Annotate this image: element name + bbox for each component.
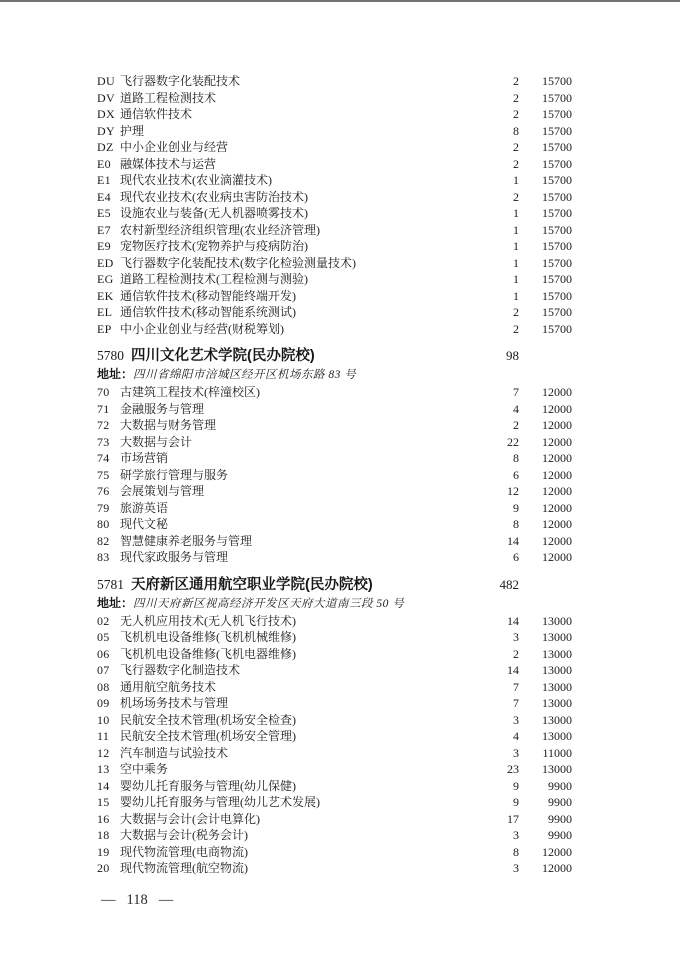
plan-count: 2	[473, 90, 519, 107]
major-code: 82	[97, 533, 120, 550]
major-name: 现代家政服务与管理	[120, 549, 473, 566]
major-code: 10	[97, 712, 120, 729]
major-name: 古建筑工程技术(梓潼校区)	[120, 384, 473, 401]
tuition-fee: 12000	[519, 860, 572, 877]
tuition-fee: 15700	[519, 106, 572, 123]
plan-count: 2	[473, 73, 519, 90]
major-code: DY	[97, 123, 120, 140]
major-name: 会展策划与管理	[120, 483, 473, 500]
major-row: EK通信软件技术(移动智能终端开发)115700	[97, 288, 572, 305]
major-code: E9	[97, 238, 120, 255]
tuition-fee: 13000	[519, 761, 572, 778]
major-row: DU飞行器数字化装配技术215700	[97, 73, 572, 90]
tuition-fee: 13000	[519, 695, 572, 712]
tuition-fee: 12000	[519, 483, 572, 500]
major-code: 13	[97, 761, 120, 778]
school-total-count: 482	[500, 575, 573, 594]
major-row: ED飞行器数字化装配技术(数字化检验测量技术)115700	[97, 255, 572, 272]
tuition-fee: 15700	[519, 271, 572, 288]
major-name: 飞行器数字化装配技术(数字化检验测量技术)	[120, 255, 473, 272]
major-row: 74市场营销812000	[97, 450, 572, 467]
address-text: 四川天府新区视高经济开发区天府大道南三段 50 号	[133, 598, 404, 610]
tuition-fee: 15700	[519, 139, 572, 156]
plan-count: 3	[473, 827, 519, 844]
major-row: 72大数据与财务管理212000	[97, 417, 572, 434]
school-code: 5780	[97, 346, 124, 365]
tuition-fee: 12000	[519, 467, 572, 484]
major-code: ED	[97, 255, 120, 272]
major-row: E5设施农业与装备(无人机器喷雾技术)115700	[97, 205, 572, 222]
tuition-fee: 15700	[519, 238, 572, 255]
major-name: 现代农业技术(农业滴灌技术)	[120, 172, 473, 189]
major-row: 73大数据与会计2212000	[97, 434, 572, 451]
major-row: 70古建筑工程技术(梓潼校区)712000	[97, 384, 572, 401]
major-row: 19现代物流管理(电商物流)812000	[97, 844, 572, 861]
major-code: 08	[97, 679, 120, 696]
plan-count: 14	[473, 533, 519, 550]
tuition-fee: 13000	[519, 646, 572, 663]
plan-count: 4	[473, 728, 519, 745]
major-row: 76会展策划与管理1212000	[97, 483, 572, 500]
major-row: 79旅游英语912000	[97, 500, 572, 517]
plan-count: 1	[473, 255, 519, 272]
major-name: 无人机应用技术(无人机飞行技术)	[120, 613, 473, 630]
plan-count: 1	[473, 172, 519, 189]
tuition-fee: 15700	[519, 288, 572, 305]
major-name: 现代物流管理(电商物流)	[120, 844, 473, 861]
plan-count: 6	[473, 467, 519, 484]
major-row: E0融媒体技术与运营215700	[97, 156, 572, 173]
tuition-fee: 15700	[519, 255, 572, 272]
tuition-fee: 12000	[519, 516, 572, 533]
major-row: 06飞机机电设备维修(飞机电器维修)213000	[97, 646, 572, 663]
plan-count: 2	[473, 417, 519, 434]
plan-count: 2	[473, 304, 519, 321]
major-row: DZ中小企业创业与经营215700	[97, 139, 572, 156]
major-code: 19	[97, 844, 120, 861]
plan-count: 8	[473, 844, 519, 861]
major-name: 大数据与会计	[120, 434, 473, 451]
major-name: 农村新型经济组织管理(农业经济管理)	[120, 222, 473, 239]
major-row: EP中小企业创业与经营(财税筹划)215700	[97, 321, 572, 338]
plan-count: 3	[473, 860, 519, 877]
major-code: 16	[97, 811, 120, 828]
plan-count: 8	[473, 450, 519, 467]
major-name: 智慧健康养老服务与管理	[120, 533, 473, 550]
major-code: 83	[97, 549, 120, 566]
tuition-fee: 9900	[519, 794, 572, 811]
major-name: 道路工程检测技术	[120, 90, 473, 107]
tuition-fee: 15700	[519, 123, 572, 140]
tuition-fee: 9900	[519, 811, 572, 828]
major-row: 15婴幼儿托育服务与管理(幼儿艺术发展)99900	[97, 794, 572, 811]
major-row: 08通用航空航务技术713000	[97, 679, 572, 696]
major-name: 研学旅行管理与服务	[120, 467, 473, 484]
major-row: EG道路工程检测技术(工程检测与测验)115700	[97, 271, 572, 288]
tuition-fee: 12000	[519, 384, 572, 401]
plan-count: 7	[473, 384, 519, 401]
major-code: EL	[97, 304, 120, 321]
major-row: EL通信软件技术(移动智能系统测试)215700	[97, 304, 572, 321]
school-section: 5781天府新区通用航空职业学院(民办院校)482地址：四川天府新区视高经济开发…	[97, 575, 572, 877]
plan-count: 6	[473, 549, 519, 566]
plan-count: 3	[473, 745, 519, 762]
major-row: 20现代物流管理(航空物流)312000	[97, 860, 572, 877]
plan-count: 3	[473, 629, 519, 646]
tuition-fee: 12000	[519, 533, 572, 550]
major-name: 通信软件技术	[120, 106, 473, 123]
major-name: 护理	[120, 123, 473, 140]
major-name: 大数据与会计(税务会计)	[120, 827, 473, 844]
plan-count: 9	[473, 778, 519, 795]
major-code: 18	[97, 827, 120, 844]
major-row: E9宠物医疗技术(宠物养护与疫病防治)115700	[97, 238, 572, 255]
major-name: 现代物流管理(航空物流)	[120, 860, 473, 877]
tuition-fee: 12000	[519, 434, 572, 451]
major-code: 11	[97, 728, 120, 745]
tuition-fee: 12000	[519, 401, 572, 418]
major-code: 73	[97, 434, 120, 451]
major-row: 14婴幼儿托育服务与管理(幼儿保健)99900	[97, 778, 572, 795]
major-row: 09机场场务技术与管理713000	[97, 695, 572, 712]
plan-count: 2	[473, 646, 519, 663]
major-row: 10民航安全技术管理(机场安全检查)313000	[97, 712, 572, 729]
major-code: 09	[97, 695, 120, 712]
address-label: 地址：	[97, 367, 133, 381]
plan-count: 7	[473, 695, 519, 712]
major-row: E4现代农业技术(农业病虫害防治技术)215700	[97, 189, 572, 206]
major-code: 14	[97, 778, 120, 795]
tuition-fee: 12000	[519, 450, 572, 467]
major-code: 71	[97, 401, 120, 418]
address-label: 地址：	[97, 596, 133, 610]
major-name: 道路工程检测技术(工程检测与测验)	[120, 271, 473, 288]
major-name: 设施农业与装备(无人机器喷雾技术)	[120, 205, 473, 222]
major-code: 75	[97, 467, 120, 484]
major-name: 现代文秘	[120, 516, 473, 533]
major-name: 飞行器数字化制造技术	[120, 662, 473, 679]
plan-count: 8	[473, 123, 519, 140]
plan-count: 9	[473, 794, 519, 811]
page-top-edge-line	[0, 0, 680, 2]
school-name: 天府新区通用航空职业学院(民办院校)	[131, 576, 500, 595]
major-name: 通用航空航务技术	[120, 679, 473, 696]
major-row: E1现代农业技术(农业滴灌技术)115700	[97, 172, 572, 189]
major-row: 02无人机应用技术(无人机飞行技术)1413000	[97, 613, 572, 630]
major-code: 79	[97, 500, 120, 517]
major-code: EP	[97, 321, 120, 338]
plan-count: 2	[473, 321, 519, 338]
tuition-fee: 15700	[519, 90, 572, 107]
school-header: 5781天府新区通用航空职业学院(民办院校)482	[97, 575, 572, 595]
major-row: E7农村新型经济组织管理(农业经济管理)115700	[97, 222, 572, 239]
tuition-fee: 15700	[519, 189, 572, 206]
major-row: 80现代文秘812000	[97, 516, 572, 533]
tuition-fee: 13000	[519, 728, 572, 745]
page-footer: — 118 —	[101, 892, 173, 909]
major-name: 中小企业创业与经营(财税筹划)	[120, 321, 473, 338]
tuition-fee: 11000	[519, 745, 572, 762]
tuition-fee: 12000	[519, 844, 572, 861]
plan-count: 23	[473, 761, 519, 778]
major-name: 中小企业创业与经营	[120, 139, 473, 156]
major-code: 20	[97, 860, 120, 877]
tuition-fee: 13000	[519, 629, 572, 646]
major-code: 74	[97, 450, 120, 467]
major-row: 11民航安全技术管理(机场安全管理)413000	[97, 728, 572, 745]
school-address: 地址：四川省绵阳市涪城区经开区机场东路 83 号	[97, 366, 572, 384]
major-code: DU	[97, 73, 120, 90]
major-row: 71金融服务与管理412000	[97, 401, 572, 418]
plan-count: 1	[473, 238, 519, 255]
plan-count: 1	[473, 205, 519, 222]
plan-count: 1	[473, 222, 519, 239]
major-name: 机场场务技术与管理	[120, 695, 473, 712]
major-code: EK	[97, 288, 120, 305]
tuition-fee: 13000	[519, 662, 572, 679]
footer-dash-left: —	[101, 892, 116, 909]
major-row: 05飞机机电设备维修(飞机机械维修)313000	[97, 629, 572, 646]
plan-count: 1	[473, 288, 519, 305]
major-code: E0	[97, 156, 120, 173]
school-code: 5781	[97, 575, 124, 594]
major-code: 70	[97, 384, 120, 401]
major-row: 16大数据与会计(会计电算化)179900	[97, 811, 572, 828]
tuition-fee: 15700	[519, 222, 572, 239]
plan-count: 14	[473, 662, 519, 679]
major-code: DX	[97, 106, 120, 123]
footer-dash-right: —	[159, 892, 174, 909]
plan-count: 1	[473, 271, 519, 288]
major-name: 飞行器数字化装配技术	[120, 73, 473, 90]
address-text: 四川省绵阳市涪城区经开区机场东路 83 号	[133, 369, 356, 381]
page-content: DU飞行器数字化装配技术215700DV道路工程检测技术215700DX通信软件…	[97, 73, 572, 877]
major-row: DY护理815700	[97, 123, 572, 140]
major-code: DZ	[97, 139, 120, 156]
major-code: E7	[97, 222, 120, 239]
major-row: 18大数据与会计(税务会计)39900	[97, 827, 572, 844]
school-total-count: 98	[506, 346, 572, 365]
major-code: 12	[97, 745, 120, 762]
plan-count: 22	[473, 434, 519, 451]
major-code: EG	[97, 271, 120, 288]
major-rows-continuation: DU飞行器数字化装配技术215700DV道路工程检测技术215700DX通信软件…	[97, 73, 572, 337]
major-name: 婴幼儿托育服务与管理(幼儿艺术发展)	[120, 794, 473, 811]
tuition-fee: 13000	[519, 712, 572, 729]
plan-count: 7	[473, 679, 519, 696]
major-code: E5	[97, 205, 120, 222]
tuition-fee: 13000	[519, 613, 572, 630]
major-name: 民航安全技术管理(机场安全管理)	[120, 728, 473, 745]
major-name: 空中乘务	[120, 761, 473, 778]
major-code: E1	[97, 172, 120, 189]
school-name: 四川文化艺术学院(民办院校)	[131, 347, 506, 366]
major-name: 汽车制造与试验技术	[120, 745, 473, 762]
major-name: 通信软件技术(移动智能终端开发)	[120, 288, 473, 305]
tuition-fee: 15700	[519, 172, 572, 189]
plan-count: 2	[473, 106, 519, 123]
major-code: 72	[97, 417, 120, 434]
major-row: 07飞行器数字化制造技术1413000	[97, 662, 572, 679]
major-code: 05	[97, 629, 120, 646]
major-row: 82智慧健康养老服务与管理1412000	[97, 533, 572, 550]
plan-count: 2	[473, 156, 519, 173]
plan-count: 14	[473, 613, 519, 630]
footer-page-number: 118	[127, 892, 148, 909]
tuition-fee: 15700	[519, 321, 572, 338]
major-row: 75研学旅行管理与服务612000	[97, 467, 572, 484]
major-name: 大数据与会计(会计电算化)	[120, 811, 473, 828]
major-row: DX通信软件技术215700	[97, 106, 572, 123]
plan-count: 9	[473, 500, 519, 517]
school-section: 5780四川文化艺术学院(民办院校)98地址：四川省绵阳市涪城区经开区机场东路 …	[97, 346, 572, 566]
plan-count: 12	[473, 483, 519, 500]
major-name: 市场营销	[120, 450, 473, 467]
tuition-fee: 9900	[519, 827, 572, 844]
major-name: 民航安全技术管理(机场安全检查)	[120, 712, 473, 729]
plan-count: 2	[473, 189, 519, 206]
major-row: 13空中乘务2313000	[97, 761, 572, 778]
tuition-fee: 12000	[519, 417, 572, 434]
tuition-fee: 15700	[519, 156, 572, 173]
tuition-fee: 12000	[519, 549, 572, 566]
major-name: 大数据与财务管理	[120, 417, 473, 434]
major-name: 现代农业技术(农业病虫害防治技术)	[120, 189, 473, 206]
school-address: 地址：四川天府新区视高经济开发区天府大道南三段 50 号	[97, 595, 572, 613]
plan-count: 17	[473, 811, 519, 828]
major-name: 融媒体技术与运营	[120, 156, 473, 173]
school-header: 5780四川文化艺术学院(民办院校)98	[97, 346, 572, 366]
major-name: 通信软件技术(移动智能系统测试)	[120, 304, 473, 321]
major-name: 婴幼儿托育服务与管理(幼儿保健)	[120, 778, 473, 795]
major-code: 07	[97, 662, 120, 679]
major-name: 飞机机电设备维修(飞机电器维修)	[120, 646, 473, 663]
plan-count: 8	[473, 516, 519, 533]
major-code: 80	[97, 516, 120, 533]
document-page: DU飞行器数字化装配技术215700DV道路工程检测技术215700DX通信软件…	[0, 0, 680, 961]
tuition-fee: 13000	[519, 679, 572, 696]
major-code: E4	[97, 189, 120, 206]
plan-count: 2	[473, 139, 519, 156]
major-code: 76	[97, 483, 120, 500]
tuition-fee: 15700	[519, 304, 572, 321]
major-code: 06	[97, 646, 120, 663]
major-row: DV道路工程检测技术215700	[97, 90, 572, 107]
plan-count: 3	[473, 712, 519, 729]
major-name: 旅游英语	[120, 500, 473, 517]
major-code: 15	[97, 794, 120, 811]
plan-count: 4	[473, 401, 519, 418]
tuition-fee: 15700	[519, 205, 572, 222]
tuition-fee: 12000	[519, 500, 572, 517]
major-code: 02	[97, 613, 120, 630]
tuition-fee: 15700	[519, 73, 572, 90]
major-name: 宠物医疗技术(宠物养护与疫病防治)	[120, 238, 473, 255]
major-code: DV	[97, 90, 120, 107]
major-row: 83现代家政服务与管理612000	[97, 549, 572, 566]
major-name: 金融服务与管理	[120, 401, 473, 418]
major-name: 飞机机电设备维修(飞机机械维修)	[120, 629, 473, 646]
major-row: 12汽车制造与试验技术311000	[97, 745, 572, 762]
tuition-fee: 9900	[519, 778, 572, 795]
